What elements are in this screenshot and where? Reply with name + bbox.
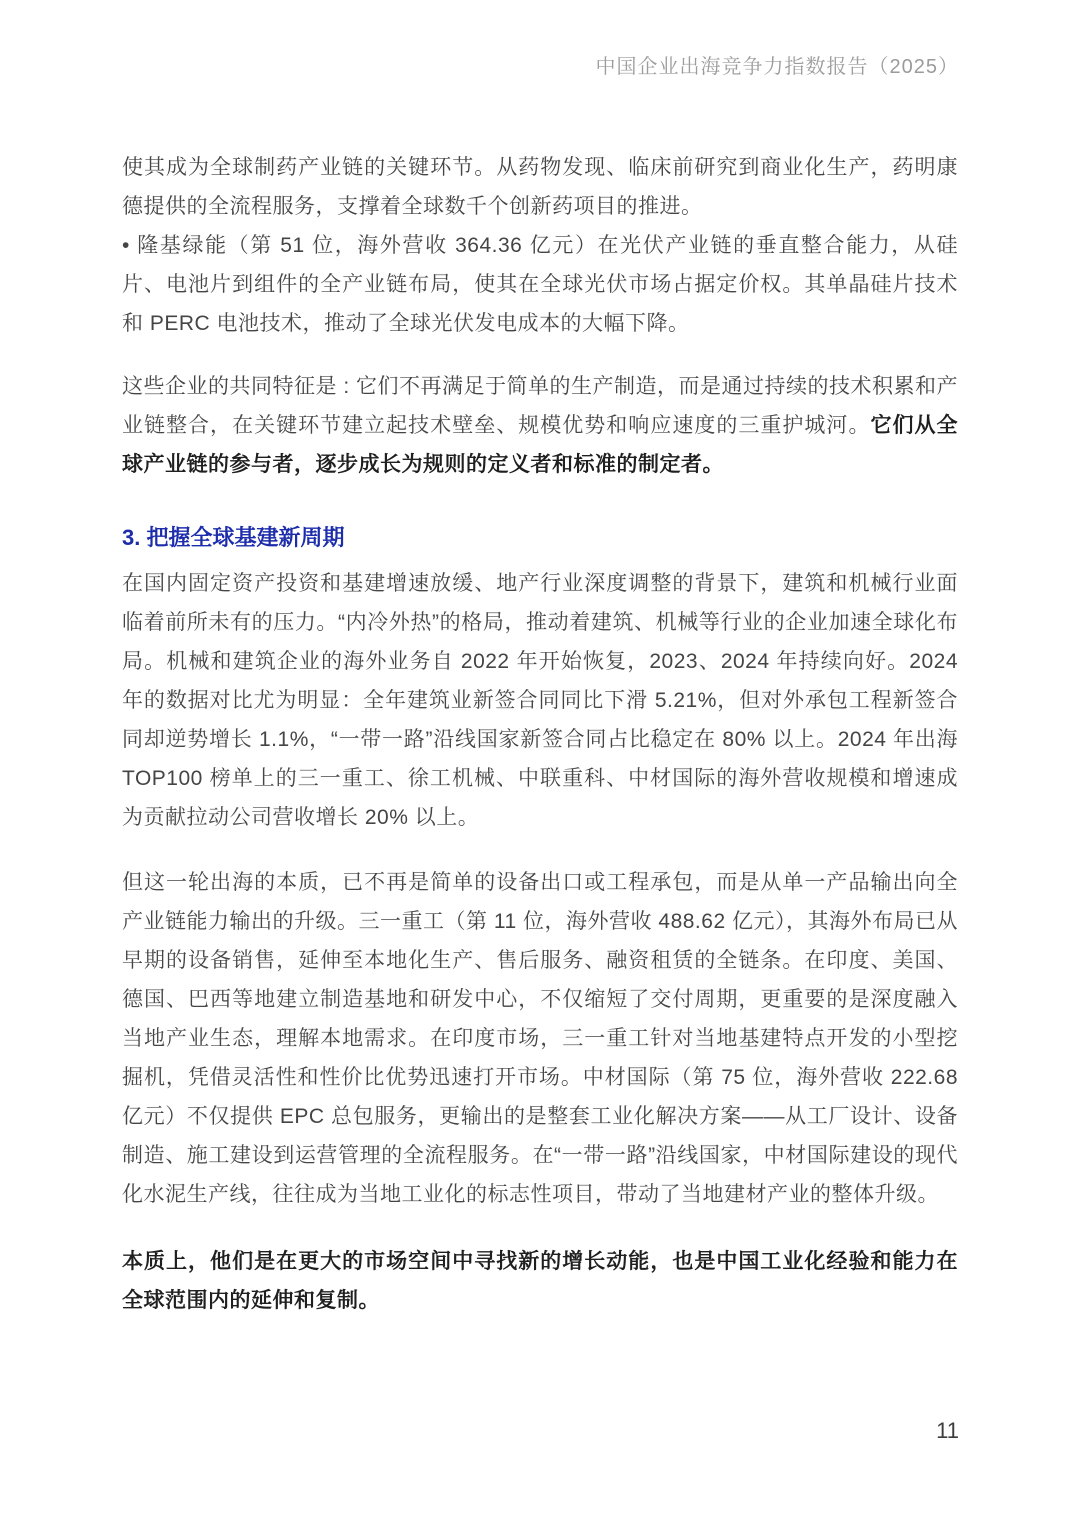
paragraph-common-traits-normal: 这些企业的共同特征是 : 它们不再满足于简单的生产制造，而是通过持续的技术积累和… (122, 375, 958, 437)
page-content: 使其成为全球制药产业链的关键环节。从药物发现、临床前研究到商业化生产，药明康德提… (122, 148, 958, 1320)
paragraph-pharma-chain: 使其成为全球制药产业链的关键环节。从药物发现、临床前研究到商业化生产，药明康德提… (122, 148, 958, 226)
paragraph-essence-bold: 本质上，他们是在更大的市场空间中寻找新的增长动能，也是中国工业化经验和能力在全球… (122, 1242, 958, 1320)
paragraph-value-chain-upgrade: 但这一轮出海的本质，已不再是简单的设备出口或工程承包，而是从单一产品输出向全产业… (122, 863, 958, 1214)
paragraph-longi-bullet: • 隆基绿能（第 51 位，海外营收 364.36 亿元）在光伏产业链的垂直整合… (122, 226, 958, 343)
paragraph-longi-text: 隆基绿能（第 51 位，海外营收 364.36 亿元）在光伏产业链的垂直整合能力… (122, 234, 958, 335)
paragraph-infrastructure-cycle: 在国内固定资产投资和基建增速放缓、地产行业深度调整的背景下，建筑和机械行业面临着… (122, 564, 958, 837)
report-header-title: 中国企业出海竞争力指数报告（2025） (596, 50, 960, 79)
section-heading-infrastructure: 3. 把握全球基建新周期 (122, 518, 958, 558)
bullet-marker: • (122, 234, 137, 257)
paragraph-common-traits: 这些企业的共同特征是 : 它们不再满足于简单的生产制造，而是通过持续的技术积累和… (122, 367, 958, 484)
page-number: 11 (936, 1418, 959, 1444)
